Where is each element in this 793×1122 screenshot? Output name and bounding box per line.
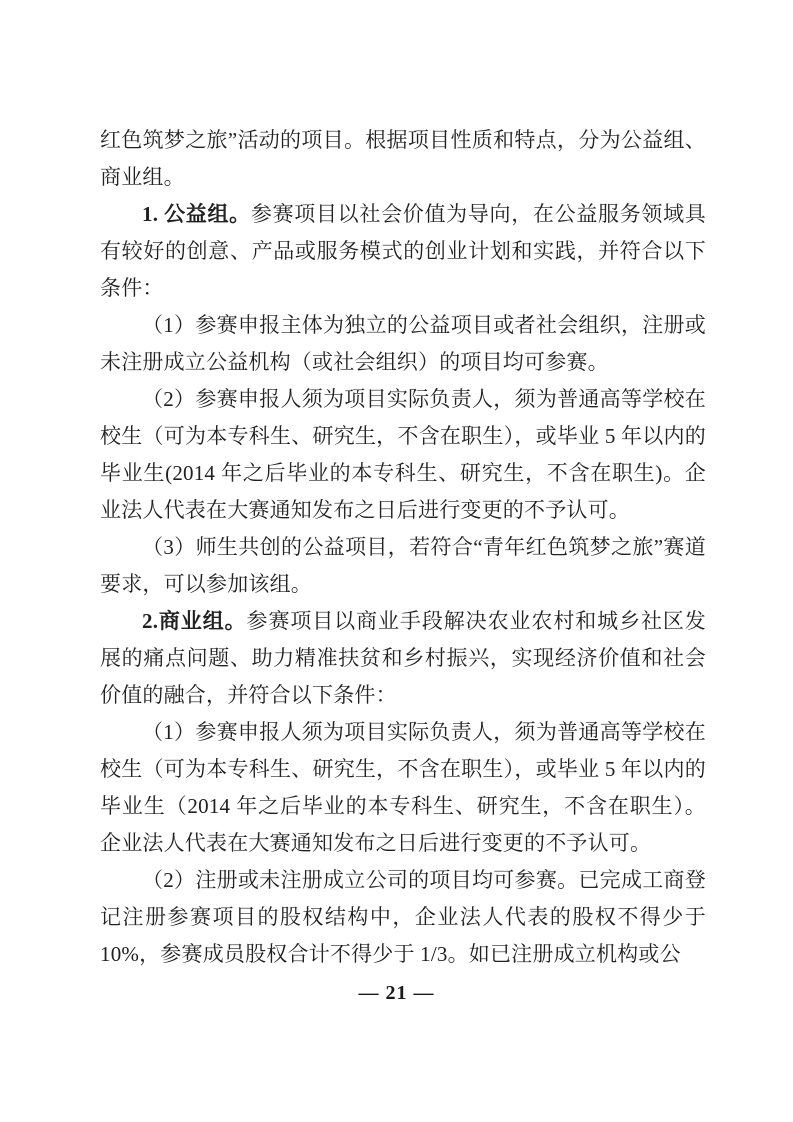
section-heading: 2.商业组。: [142, 609, 247, 633]
paragraph: （2）参赛申报人须为项目实际负责人，须为普通高等学校在校生（可为本专科生、研究生…: [100, 381, 706, 529]
text-run: （2）参赛申报人须为项目实际负责人，须为普通高等学校在校生（可为本专科生、研究生…: [100, 387, 706, 522]
text-run: （3）师生共创的公益项目，若符合“青年红色筑梦之旅”赛道要求，可以参加该组。: [100, 535, 706, 596]
text-run: 红色筑梦之旅”活动的项目。根据项目性质和特点，分为公益组、商业组。: [100, 128, 706, 189]
paragraph: （1）参赛申报主体为独立的公益项目或者社会组织，注册或未注册成立公益机构（或社会…: [100, 307, 706, 381]
document-page: 红色筑梦之旅”活动的项目。根据项目性质和特点，分为公益组、商业组。1. 公益组。…: [0, 0, 793, 1122]
paragraph: （3）师生共创的公益项目，若符合“青年红色筑梦之旅”赛道要求，可以参加该组。: [100, 529, 706, 603]
page-number: — 21 —: [0, 982, 793, 1005]
paragraph: 2.商业组。参赛项目以商业手段解决农业农村和城乡社区发展的痛点问题、助力精准扶贫…: [100, 603, 706, 714]
text-run: （1）参赛申报主体为独立的公益项目或者社会组织，注册或未注册成立公益机构（或社会…: [100, 313, 706, 374]
paragraph: 红色筑梦之旅”活动的项目。根据项目性质和特点，分为公益组、商业组。: [100, 122, 706, 196]
document-body: 红色筑梦之旅”活动的项目。根据项目性质和特点，分为公益组、商业组。1. 公益组。…: [100, 122, 706, 973]
text-run: （2）注册或未注册成立公司的项目均可参赛。已完成工商登记注册参赛项目的股权结构中…: [100, 868, 706, 966]
paragraph: （2）注册或未注册成立公司的项目均可参赛。已完成工商登记注册参赛项目的股权结构中…: [100, 862, 706, 973]
paragraph: 1. 公益组。参赛项目以社会价值为导向，在公益服务领域具有较好的创意、产品或服务…: [100, 196, 706, 307]
text-run: （1）参赛申报人须为项目实际负责人，须为普通高等学校在校生（可为本专科生、研究生…: [100, 720, 706, 855]
section-heading: 1. 公益组。: [142, 202, 251, 226]
paragraph: （1）参赛申报人须为项目实际负责人，须为普通高等学校在校生（可为本专科生、研究生…: [100, 714, 706, 862]
